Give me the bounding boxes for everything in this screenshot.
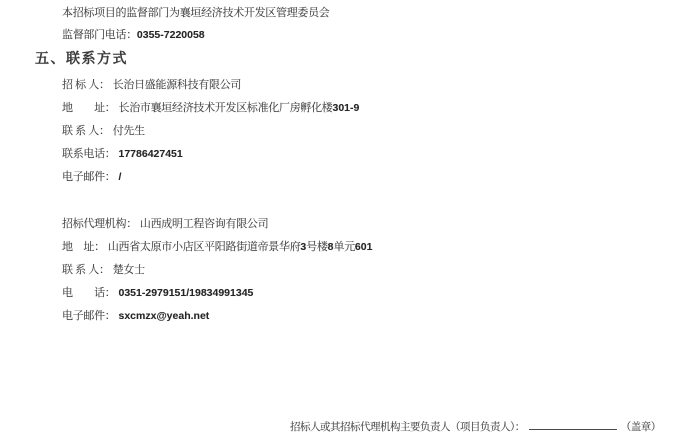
signature-line: 招标人或其招标代理机构主要负责人（项目负责人）：（盖章）	[290, 420, 661, 435]
row-value: 付先生	[113, 125, 145, 137]
supervision-phone-row: 监督部门电话：0355-7220058	[62, 24, 690, 46]
row-label: 电子邮件：	[62, 310, 116, 322]
contact-row-tenderer-email: 电子邮件：/	[62, 166, 690, 189]
document-body: 本招标项目的监督部门为襄垣经济技术开发区管理委员会 监督部门电话：0355-72…	[62, 2, 690, 328]
row-value: 17786427451	[119, 148, 183, 160]
supervision-phone-value: 0355-7220058	[137, 29, 205, 41]
section-heading: 五、联系方式	[35, 49, 663, 71]
contact-row-tenderer-name: 招 标 人：长治日盛能源科技有限公司	[62, 74, 690, 97]
row-value: 0351-2979151/19834991345	[119, 287, 254, 299]
row-value: 长治市襄垣经济技术开发区标准化厂房孵化楼301-9	[119, 102, 360, 114]
contact-row-agency-person: 联 系 人：楚女士	[62, 259, 690, 282]
row-value: 山西成明工程咨询有限公司	[140, 218, 268, 230]
row-label: 地 址：	[62, 241, 105, 253]
tenderer-contact-block: 招 标 人：长治日盛能源科技有限公司 地 址：长治市襄垣经济技术开发区标准化厂房…	[62, 74, 690, 189]
supervision-phone-label: 监督部门电话：	[62, 29, 137, 41]
document-page: 本招标项目的监督部门为襄垣经济技术开发区管理委员会 监督部门电话：0355-72…	[0, 0, 700, 445]
row-value: /	[119, 171, 122, 183]
contact-row-agency-name: 招标代理机构：山西成明工程咨询有限公司	[62, 213, 690, 236]
signature-label: 招标人或其招标代理机构主要负责人（项目负责人）：	[290, 422, 525, 433]
row-value: 山西省太原市小店区平阳路街道帝景华府3号楼8单元601	[108, 241, 373, 253]
row-value: 长治日盛能源科技有限公司	[113, 79, 241, 91]
supervision-line: 本招标项目的监督部门为襄垣经济技术开发区管理委员会	[62, 2, 690, 24]
row-label: 联系电话：	[62, 148, 116, 160]
contact-row-agency-address: 地 址：山西省太原市小店区平阳路街道帝景华府3号楼8单元601	[62, 236, 690, 259]
row-label: 联 系 人：	[62, 264, 110, 276]
contact-row-tenderer-person: 联 系 人：付先生	[62, 120, 690, 143]
agency-contact-block: 招标代理机构：山西成明工程咨询有限公司 地 址：山西省太原市小店区平阳路街道帝景…	[62, 213, 690, 328]
row-label: 电 话：	[62, 287, 116, 299]
row-label: 电子邮件：	[62, 171, 116, 183]
contact-row-agency-email: 电子邮件：sxcmzx@yeah.net	[62, 305, 690, 328]
row-label: 招 标 人：	[62, 79, 110, 91]
row-label: 地 址：	[62, 102, 116, 114]
row-value: sxcmzx@yeah.net	[119, 310, 210, 322]
stamp-note: （盖章）	[621, 422, 661, 433]
row-value: 楚女士	[113, 264, 145, 276]
contact-row-tenderer-phone: 联系电话：17786427451	[62, 143, 690, 166]
row-label: 招标代理机构：	[62, 218, 137, 230]
contact-row-agency-phone: 电 话：0351-2979151/19834991345	[62, 282, 690, 305]
signature-blank-field	[529, 420, 617, 430]
row-label: 联 系 人：	[62, 125, 110, 137]
contact-row-tenderer-address: 地 址：长治市襄垣经济技术开发区标准化厂房孵化楼301-9	[62, 97, 690, 120]
